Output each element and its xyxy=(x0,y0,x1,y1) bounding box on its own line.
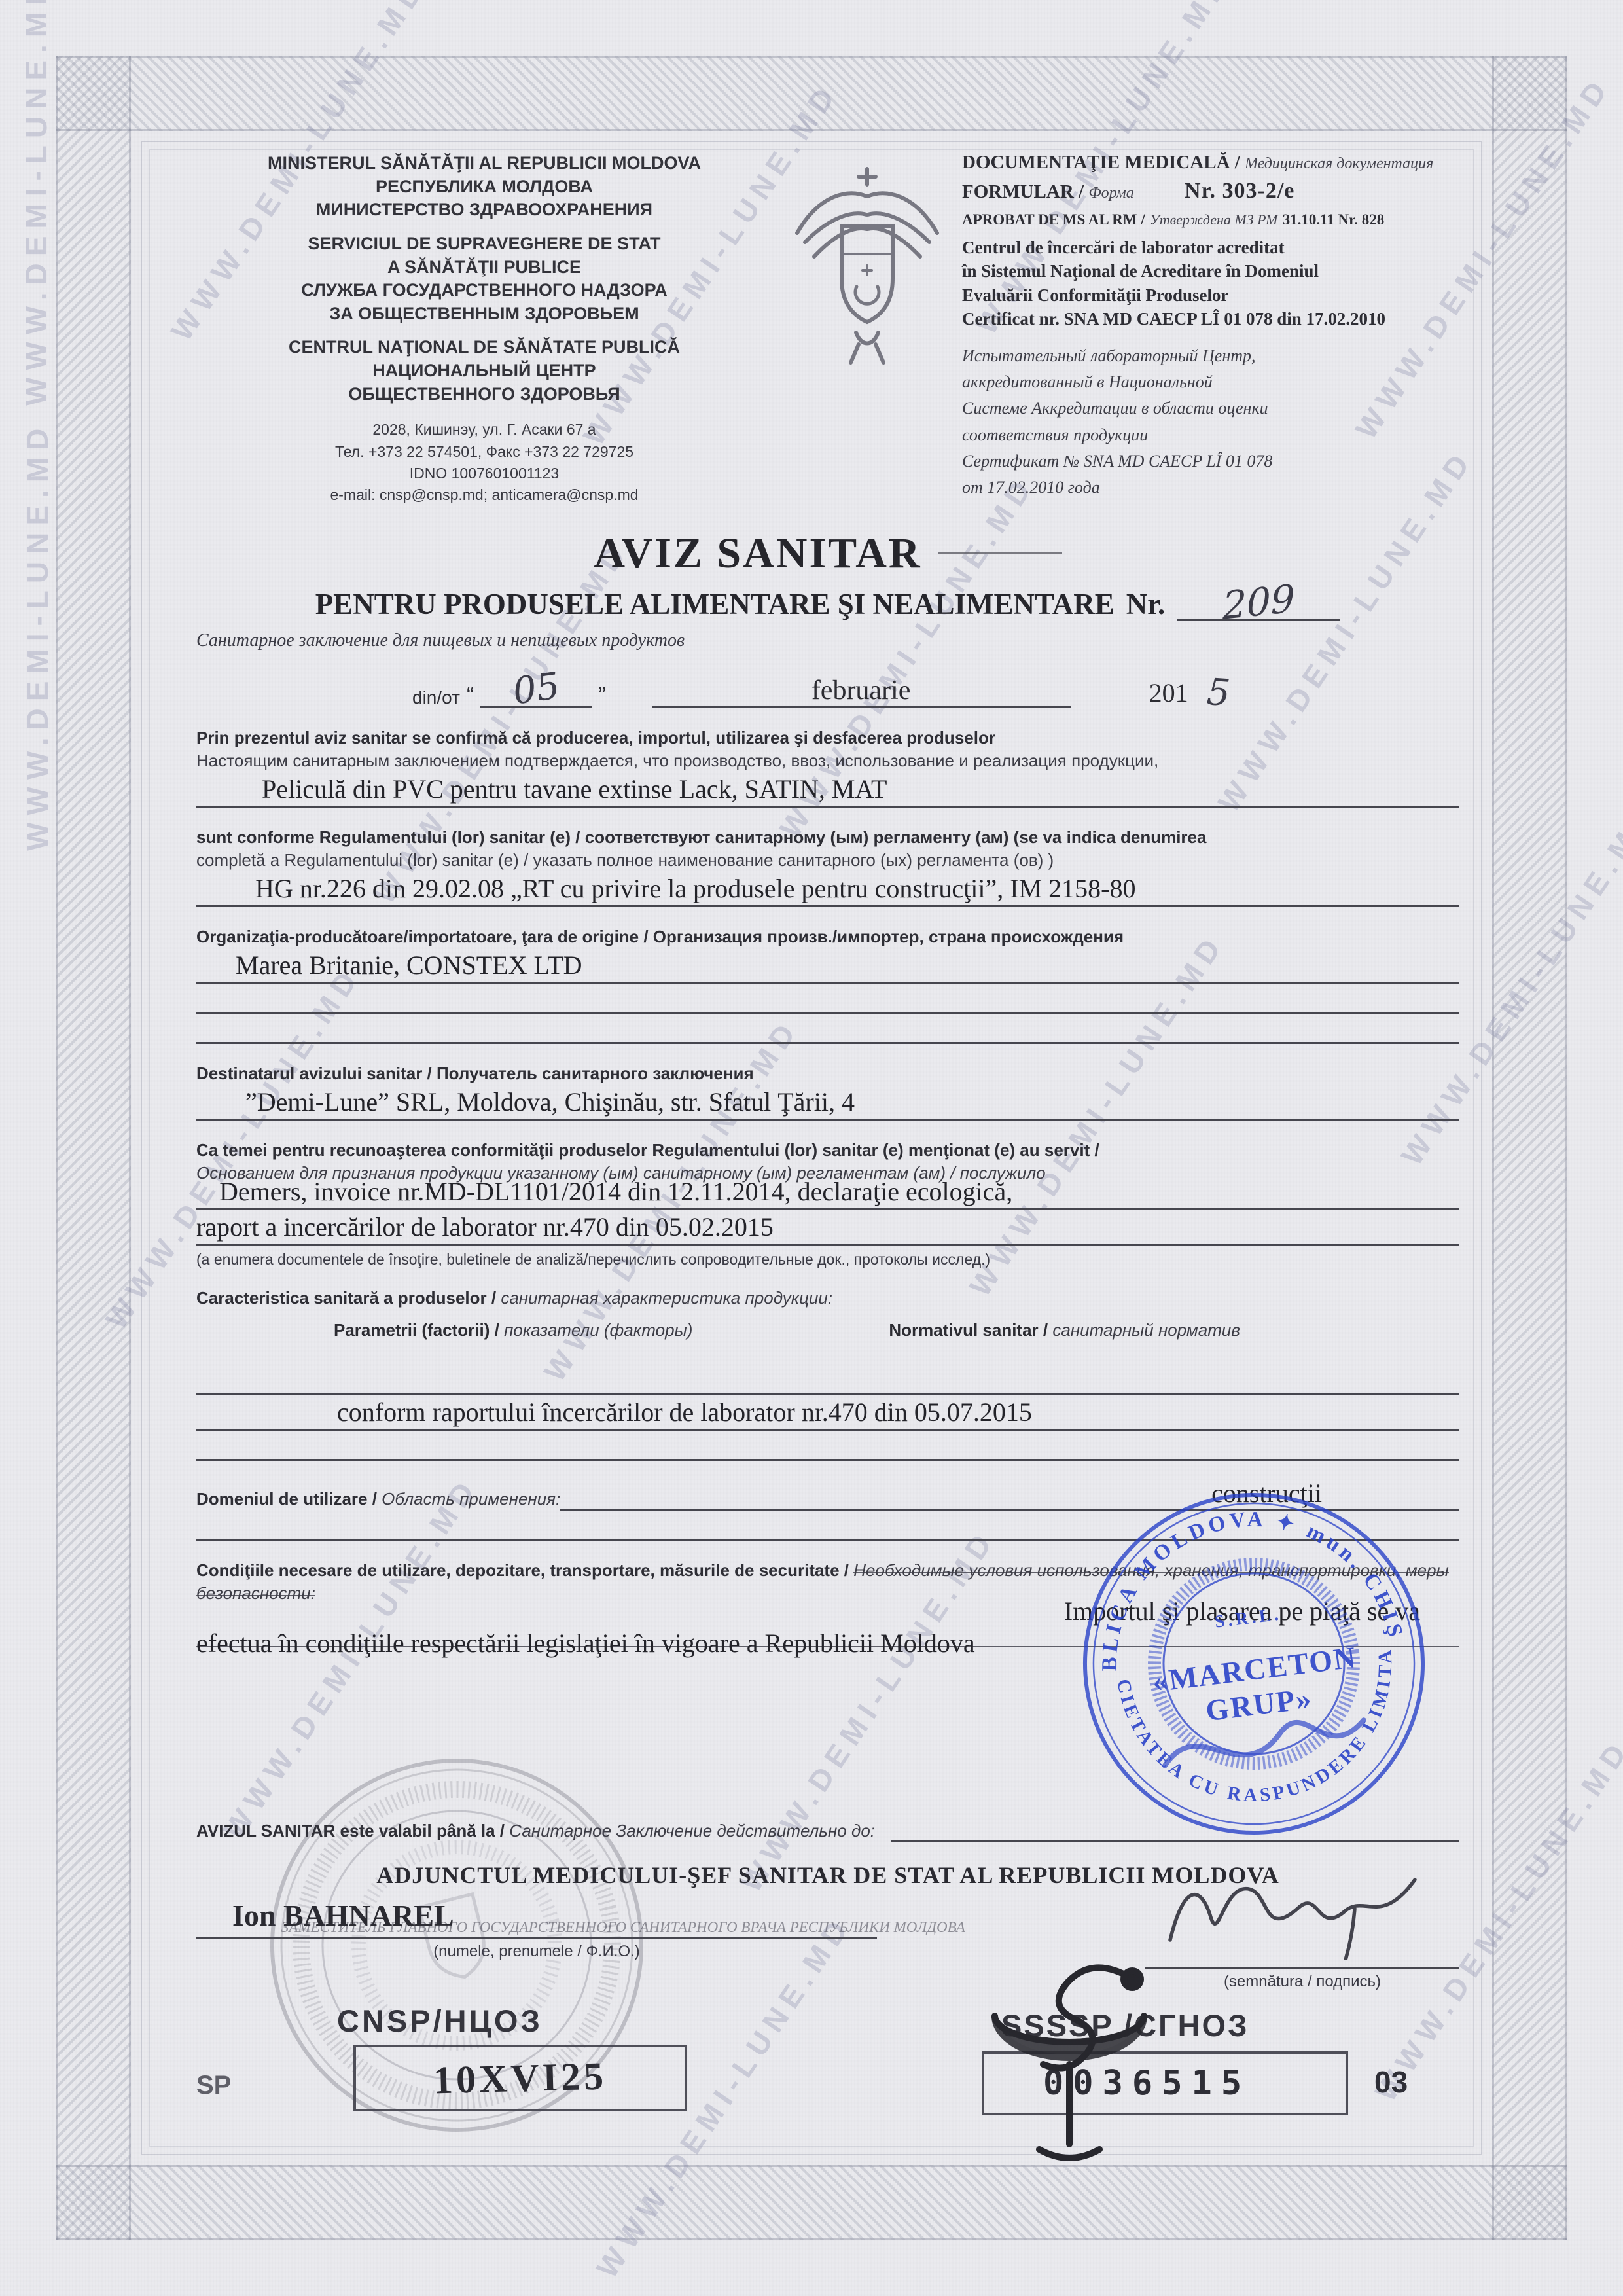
issuer-address: 2028, Кишинэу, ул. Г. Асаки 67 а xyxy=(196,419,772,440)
product-label-ru: Настоящим санитарным заключением подтвер… xyxy=(196,749,1459,772)
basis-footnote: (a enumera documentele de însoţire, bule… xyxy=(196,1251,1459,1268)
official-signature-icon xyxy=(1158,1848,1446,1960)
spacer xyxy=(196,325,772,336)
form-info-block: DOCUMENTAŢIE MEDICALĂ / Медицинская доку… xyxy=(962,152,1459,501)
day-handwritten: 05 xyxy=(511,670,562,708)
recipient-value: ”Demi-Lune” SRL, Moldova, Chişinău, str.… xyxy=(196,1086,855,1117)
document-subtitle: PENTRU PRODUSELE ALIMENTARE ŞI NEALIMENT… xyxy=(315,587,1115,621)
approval-ru: Утверждена МЗ РМ xyxy=(1150,211,1277,228)
characteristics-label-ru: санитарная характеристика продукции: xyxy=(501,1288,832,1308)
domain-label: Domeniul de utilizare / Область применен… xyxy=(196,1488,560,1511)
section-basis: Ca temei pentru recunoaşterea conformită… xyxy=(196,1139,1459,1268)
blue-stamp-icon: ✦ REPUBLICA MOLDOVA ✦ mun. CHIŞINĂU ✦ SO… xyxy=(1054,1464,1454,1864)
basis-value1: Demers, invoice nr.MD-DL1101/2014 din 12… xyxy=(196,1176,1012,1207)
product-value: Peliculă din PVC pentru tavane extinse L… xyxy=(196,774,887,804)
medicine-bowl-snake-icon xyxy=(967,1949,1171,2169)
issuer-line: ЗА ОБЩЕСТВЕННЫМ ЗДОРОВЬЕМ xyxy=(196,302,772,326)
doc-type-ro: DOCUMENTAŢIE MEDICALĂ / xyxy=(962,152,1240,173)
product-label-ro: Prin prezentul aviz sanitar se confirmă … xyxy=(196,726,1459,749)
accreditation-line: Evaluării Conformităţii Produselor xyxy=(962,283,1459,307)
title-block: AVIZ SANITAR PENTRU PRODUSELE ALIMENTARE… xyxy=(196,529,1459,708)
year-handwritten: 5 xyxy=(1205,678,1231,709)
accreditation-block-ru: Испытательный лабораторный Центр, аккред… xyxy=(962,343,1459,501)
characteristics-label: Caracteristica sanitară a produselor / с… xyxy=(196,1287,1459,1310)
title-translation-ru: Санитарное заключение для пищевых и непи… xyxy=(196,630,1459,651)
issuer-line: SERVICIUL DE SUPRAVEGHERE DE STAT xyxy=(196,232,772,256)
recipient-value-line: ”Demi-Lune” SRL, Moldova, Chişinău, str.… xyxy=(196,1085,1459,1121)
issuer-phone: Тел. +373 22 574501, Факс +373 22 729725 xyxy=(196,441,772,463)
basis-value-line1: Demers, invoice nr.MD-DL1101/2014 din 12… xyxy=(196,1175,1459,1210)
sp-fragment: SP xyxy=(196,2071,231,2100)
section-recipient: Destinatarul avizului sanitar / Получате… xyxy=(196,1062,1459,1121)
empty-rule xyxy=(196,1014,1459,1044)
nr-label: Nr. xyxy=(1126,587,1166,621)
column-norms-ro: Normativul sanitar / xyxy=(889,1320,1048,1340)
conditions-label-ro: Condiţiile necesare de utilizare, depozi… xyxy=(196,1560,849,1580)
doc-type-line: DOCUMENTAŢIE MEDICALĂ / Медицинская доку… xyxy=(962,152,1459,173)
issuer-line: СЛУЖБА ГОСУДАРСТВЕННОГО НАДЗОРА xyxy=(196,279,772,302)
quote-close: ” xyxy=(598,683,605,708)
column-parameters-ro: Parametrii (factorii) / xyxy=(334,1320,499,1340)
column-parameters-ru: показатели (факторы) xyxy=(504,1320,692,1340)
signature-block: (semnătura / подпись) xyxy=(1145,1848,1459,1991)
approval-number: 31.10.11 Nr. 828 xyxy=(1283,211,1385,228)
header: MINISTERUL SĂNĂTĂŢII AL REPUBLICII MOLDO… xyxy=(196,152,1459,507)
column-parameters: Parametrii (factorii) / показатели (факт… xyxy=(334,1320,692,1340)
accreditation-block: Centrul de încercări de laborator acredi… xyxy=(962,236,1459,331)
accreditation-line: în Sistemul Naţional de Acreditare în Do… xyxy=(962,259,1459,283)
year-prefix: 201 xyxy=(1149,677,1188,708)
issuer-email: e-mail: cnsp@cnsp.md; anticamera@cnsp.md xyxy=(196,484,772,506)
title-subtitle-row: PENTRU PRODUSELE ALIMENTARE ŞI NEALIMENT… xyxy=(196,585,1459,621)
doc-type-ru: Медицинская документация xyxy=(1245,155,1433,172)
form-number: Nr. 303-2/e xyxy=(1185,179,1294,203)
issuer-line: A SĂNĂTĂŢII PUBLICE xyxy=(196,256,772,279)
issuer-line: МИНИСТЕРСТВО ЗДРАВООХРАНЕНИЯ xyxy=(196,198,772,222)
regulation-value-line: HG nr.226 din 29.02.08 „RT cu privire la… xyxy=(196,872,1459,907)
accreditation-ru-line: соответствия продукции xyxy=(962,422,1459,448)
issuer-line: НАЦИОНАЛЬНЫЙ ЦЕНТР xyxy=(196,359,772,383)
accreditation-ru-line: аккредитованный в Национальной xyxy=(962,369,1459,395)
regulation-label1: sunt conforme Regulamentului (lor) sanit… xyxy=(196,827,1206,847)
characteristics-value-line: conform raportului încercărilor de labor… xyxy=(196,1395,1459,1431)
issuer-line: РЕСПУБЛИКА МОЛДОВА xyxy=(196,175,772,199)
producer-value: Marea Britanie, CONSTEX LTD xyxy=(196,950,582,980)
accreditation-ru-date: от 17.02.2010 года xyxy=(962,475,1459,501)
spacer xyxy=(196,222,772,232)
signature-line xyxy=(1145,1967,1459,1969)
product-value-line: Peliculă din PVC pentru tavane extinse L… xyxy=(196,772,1459,808)
issue-date-row: din/от “ 05 ” februarie 201 5 xyxy=(196,673,1459,708)
moldova-coat-of-arms-icon xyxy=(785,156,949,372)
empty-rule xyxy=(196,984,1459,1014)
section-characteristics: Caracteristica sanitară a produselor / с… xyxy=(196,1287,1459,1461)
day-cell: 05 xyxy=(480,673,592,708)
issuer-line: CENTRUL NAŢIONAL DE SĂNĂTATE PUBLICĂ xyxy=(196,336,772,359)
approval-line: APROBAT DE MS AL RM / Утверждена МЗ РМ 3… xyxy=(962,209,1459,229)
column-norms: Normativul sanitar / санитарный норматив xyxy=(889,1320,1240,1340)
regulation-label-line1: sunt conforme Regulamentului (lor) sanit… xyxy=(196,826,1459,849)
issuer-block: MINISTERUL SĂNĂTĂŢII AL REPUBLICII MOLDO… xyxy=(196,152,772,507)
basis-value-line2: raport a incercărilor de laborator nr.47… xyxy=(196,1210,1459,1246)
empty-rule xyxy=(196,1340,1459,1395)
issuer-line: MINISTERUL SĂNĂTĂŢII AL REPUBLICII MOLDO… xyxy=(196,152,772,175)
date-label: din/от xyxy=(412,687,460,708)
accreditation-ru-line: Системе Аккредитации в области оценки xyxy=(962,395,1459,422)
watermark-text: WWW.DEMI-LUNE.MD xyxy=(20,422,55,851)
issuer-idno: IDNO 1007601001123 xyxy=(196,463,772,484)
producer-label: Organizaţia-producătoare/importatoare, ţ… xyxy=(196,925,1459,948)
approval-ro: APROBAT DE MS AL RM / xyxy=(962,211,1145,228)
certificate-number-handwritten: 209 xyxy=(1222,581,1294,623)
accreditation-ru-certificate: Сертификат № SNA MD CAECP LÎ 01 078 xyxy=(962,448,1459,475)
form-number-line: FORMULAR / Форма Nr. 303-2/e xyxy=(962,179,1459,204)
section-regulation: sunt conforme Regulamentului (lor) sanit… xyxy=(196,826,1459,907)
blue-company-stamp: ✦ REPUBLICA MOLDOVA ✦ mun. CHIŞINĂU ✦ SO… xyxy=(1054,1464,1454,1864)
column-norms-ru: санитарный норматив xyxy=(1052,1320,1240,1340)
basis-value2: raport a incercărilor de laborator nr.47… xyxy=(196,1211,774,1242)
blank-number-suffix: 03 xyxy=(1374,2064,1408,2100)
border-ornament-left xyxy=(56,56,131,2240)
characteristics-value: conform raportului încercărilor de labor… xyxy=(196,1397,1032,1427)
scanned-certificate-page: WWW.DEMI-LUNE.MD WWW.DEMI-LUNE.MD WWW.DE… xyxy=(0,0,1623,2296)
basis-label-ro: Ca temei pentru recunoaşterea conformită… xyxy=(196,1139,1459,1162)
border-ornament-right xyxy=(1492,56,1567,2240)
section-product: Prin prezentul aviz sanitar se confirmă … xyxy=(196,726,1459,808)
empty-rule xyxy=(196,1431,1459,1461)
issuer-line: ОБЩЕСТВЕННОГО ЗДОРОВЬЯ xyxy=(196,383,772,406)
characteristics-label-ro: Caracteristica sanitară a produselor / xyxy=(196,1288,496,1308)
title-dash-decoration xyxy=(938,552,1062,554)
border-ornament-top xyxy=(56,56,1567,131)
stamp-center-srl: S.R.L. xyxy=(1214,1604,1283,1631)
producer-value-line: Marea Britanie, CONSTEX LTD xyxy=(196,948,1459,984)
accreditation-ru-line: Испытательный лабораторный Центр, xyxy=(962,343,1459,369)
regulation-value: HG nr.226 din 29.02.08 „RT cu privire la… xyxy=(196,873,1136,904)
accreditation-line: Centrul de încercări de laborator acredi… xyxy=(962,236,1459,259)
form-label-ro: FORMULAR / xyxy=(962,181,1084,202)
regulation-label-line2: completă a Regulamentului (lor) sanitar … xyxy=(196,849,1459,872)
characteristics-columns: Parametrii (factorii) / показатели (факт… xyxy=(196,1320,1459,1340)
section-producer: Organizaţia-producătoare/importatoare, ţ… xyxy=(196,925,1459,1044)
watermark-text: WWW.DEMI-LUNE.MD xyxy=(18,0,54,406)
domain-label-ro: Domeniul de utilizare / xyxy=(196,1489,377,1509)
quote-open: “ xyxy=(467,683,474,708)
issuer-contacts: 2028, Кишинэу, ул. Г. Асаки 67 а Тел. +3… xyxy=(196,419,772,506)
document-title: AVIZ SANITAR xyxy=(594,529,921,579)
domain-label-ru: Область применения: xyxy=(382,1489,560,1509)
accreditation-certificate: Certificat nr. SNA MD CAECP LÎ 01 078 di… xyxy=(962,307,1459,331)
form-label-ru: Форма xyxy=(1088,185,1133,202)
certificate-number-cell: 209 xyxy=(1177,585,1340,621)
recipient-label: Destinatarul avizului sanitar / Получате… xyxy=(196,1062,1459,1085)
bowl-of-hygieia xyxy=(967,1949,1171,2169)
month-cell: februarie xyxy=(652,675,1071,708)
coat-of-arms-box xyxy=(772,152,962,372)
